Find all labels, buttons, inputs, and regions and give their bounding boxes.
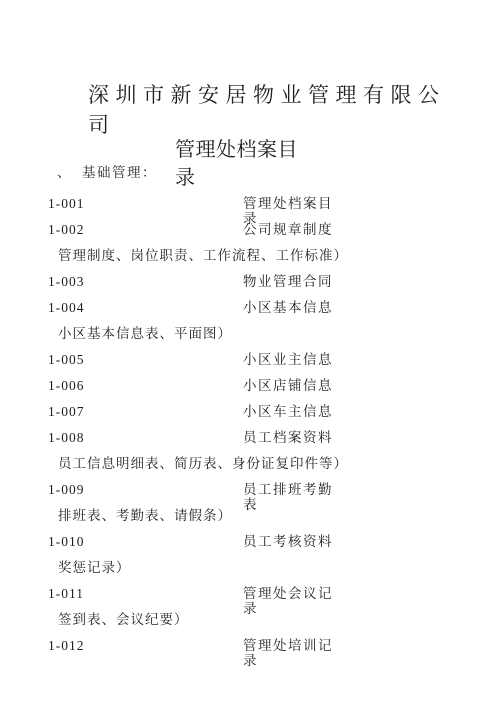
section-heading: 、基础管理： — [57, 165, 157, 180]
catalog-row: 1-008 员工档案资料 — [0, 430, 500, 445]
archive-code: 1-004 — [48, 300, 243, 315]
catalog-row: 1-009 员工排班考勤表 — [0, 482, 500, 497]
archive-title: 小区基本信息 — [243, 300, 337, 315]
archive-code: 1-005 — [48, 352, 243, 367]
archive-title: 员工排班考勤表 — [243, 482, 337, 497]
archive-title: 管理处培训记录 — [243, 638, 337, 653]
archive-title: 物业管理合同 — [243, 274, 337, 289]
archive-code: 1-012 — [48, 638, 243, 653]
catalog-title: 管理处档案目录 — [175, 136, 302, 192]
section-label: 基础管理： — [82, 165, 157, 180]
archive-title: 小区业主信息 — [243, 352, 337, 367]
archive-title: 公司规章制度 — [243, 222, 337, 237]
catalog-row: 1-010 员工考核资料 — [0, 534, 500, 549]
archive-note: 小区基本信息表、平面图） — [58, 326, 500, 341]
catalog-row: 1-011 管理处会议记录 — [0, 586, 500, 601]
archive-title: 管理处档案目录 — [243, 196, 337, 211]
archive-code: 1-010 — [48, 534, 243, 549]
catalog-row: 1-002 公司规章制度 — [0, 222, 500, 237]
company-title: 深圳市新安居物业管理有限公司 — [88, 80, 454, 140]
catalog-row: 1-012 管理处培训记录 — [0, 638, 500, 653]
archive-title: 员工档案资料 — [243, 430, 337, 445]
archive-code: 1-009 — [48, 482, 243, 497]
archive-title: 管理处会议记录 — [243, 586, 337, 601]
archive-note: 管理制度、岗位职责、工作流程、工作标准） — [58, 248, 500, 263]
archive-note: 签到表、会议纪要） — [58, 612, 500, 627]
catalog-row: 1-007 小区车主信息 — [0, 404, 500, 419]
archive-code: 1-007 — [48, 404, 243, 419]
archive-note: 奖惩记录） — [58, 560, 500, 575]
catalog-row: 1-006 小区店铺信息 — [0, 378, 500, 393]
archive-code: 1-002 — [48, 222, 243, 237]
archive-title: 员工考核资料 — [243, 534, 337, 549]
archive-title: 小区店铺信息 — [243, 378, 337, 393]
catalog-row: 1-004 小区基本信息 — [0, 300, 500, 315]
archive-note: 员工信息明细表、简历表、身份证复印件等） — [58, 456, 500, 471]
archive-code: 1-006 — [48, 378, 243, 393]
archive-code: 1-003 — [48, 274, 243, 289]
section-bullet: 、 — [57, 165, 72, 180]
archive-code: 1-011 — [48, 586, 243, 601]
catalog-row: 1-001 管理处档案目录 — [0, 196, 500, 211]
document-page: 深圳市新安居物业管理有限公司 管理处档案目录 、基础管理： 1-001 管理处档… — [0, 0, 500, 708]
catalog-row: 1-003 物业管理合同 — [0, 274, 500, 289]
archive-code: 1-008 — [48, 430, 243, 445]
archive-code: 1-001 — [48, 196, 243, 211]
catalog-row: 1-005 小区业主信息 — [0, 352, 500, 367]
archive-note: 排班表、考勤表、请假条） — [58, 508, 500, 523]
catalog-list: 1-001 管理处档案目录 1-002 公司规章制度 管理制度、岗位职责、工作流… — [0, 196, 500, 653]
archive-title: 小区车主信息 — [243, 404, 337, 419]
